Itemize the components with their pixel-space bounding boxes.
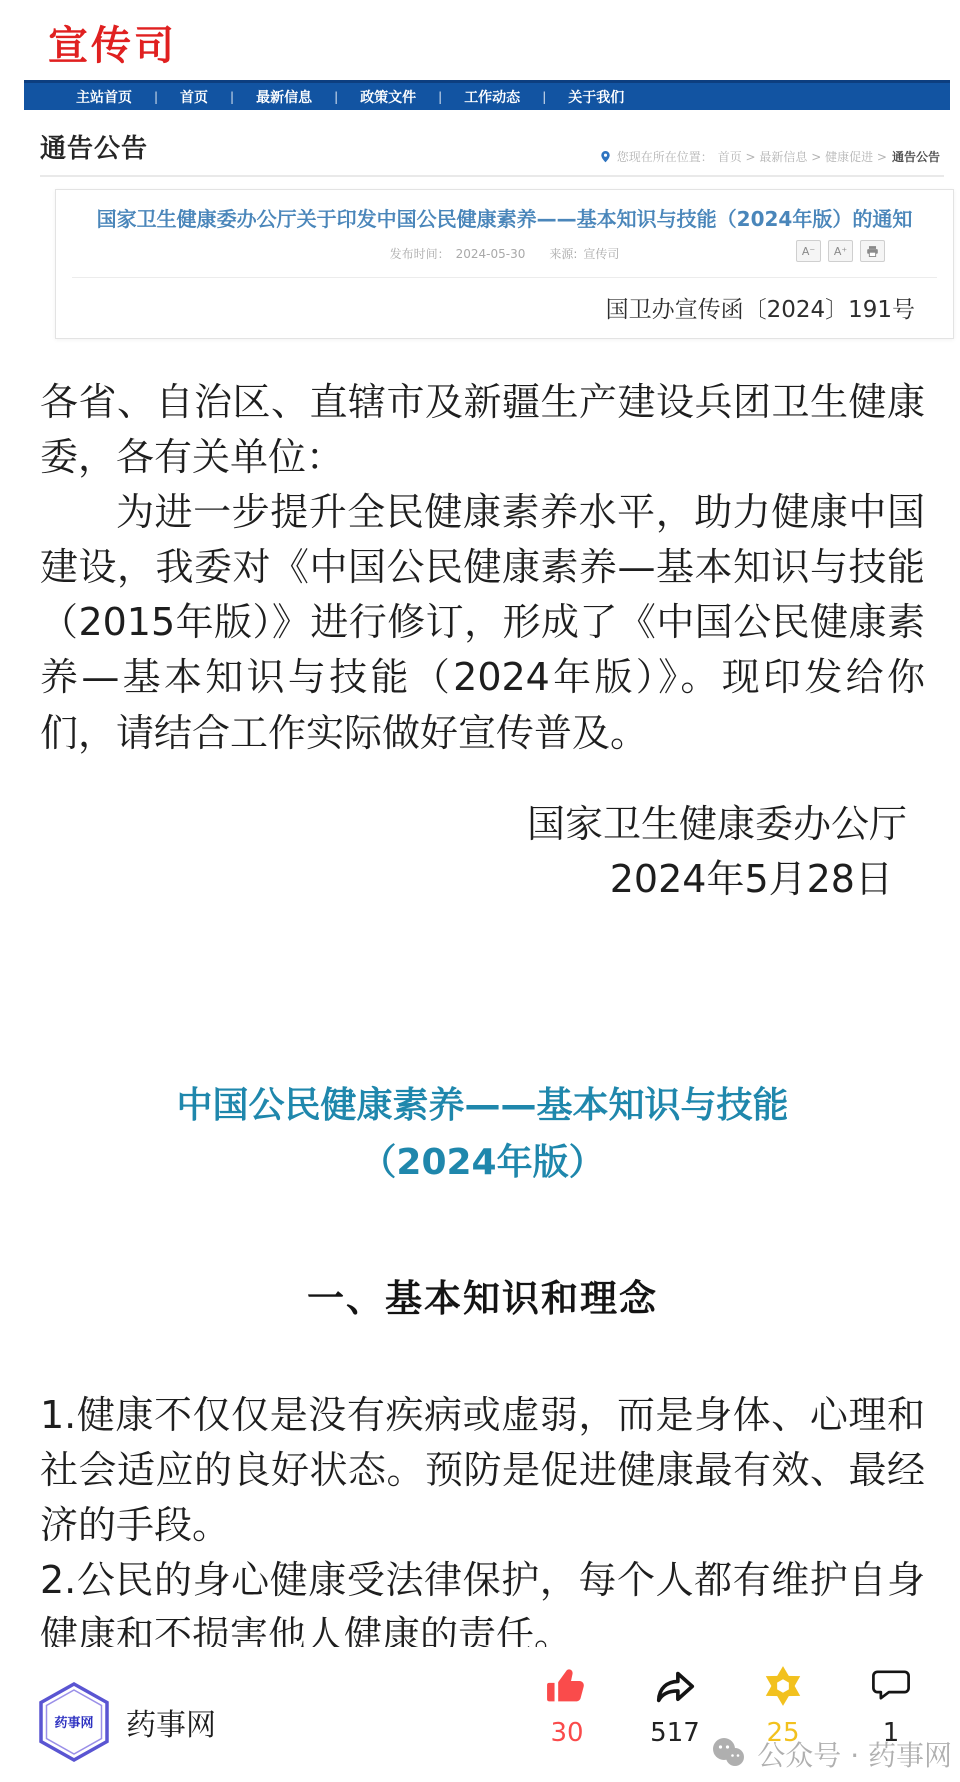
breadcrumb-path[interactable]: 首页 > 最新信息 > 健康促进 > <box>718 148 887 165</box>
nav-item-about-us[interactable]: 关于我们 <box>560 87 632 107</box>
font-increase-button[interactable]: A⁺ <box>828 240 853 262</box>
knowledge-item: 1.健康不仅仅是没有疾病或虚弱，而是身体、心理和社会适应的良好状态。预防是促进健… <box>40 1388 925 1553</box>
wow-button[interactable]: 25 <box>752 1663 814 1782</box>
thumbs-up-icon <box>544 1663 590 1709</box>
nav-item-home[interactable]: 首页 <box>172 87 216 107</box>
letter-body: 各省、自治区、直辖市及新疆生产建设兵团卫生健康委，各有关单位： 为进一步提升全民… <box>40 375 925 1663</box>
account-link[interactable]: 药事网 药事网 <box>36 1661 216 1782</box>
document-title-line1: 中国公民健康素养——基本知识与技能 <box>40 1077 925 1135</box>
notice-title: 国家卫生健康委办公厅关于印发中国公民健康素养——基本知识与技能（2024年版）的… <box>70 206 939 233</box>
location-pin-icon <box>599 149 612 164</box>
section-heading: 一、基本知识和理念 <box>40 1272 925 1326</box>
font-decrease-button[interactable]: A⁻ <box>796 240 821 262</box>
share-arrow-icon <box>652 1663 698 1709</box>
comment-count: 1 <box>883 1718 900 1748</box>
notice-meta: 发布时间：2024-05-30来源:宣传司 A⁻ A⁺ <box>56 245 953 262</box>
nav-item-main-home[interactable]: 主站首页 <box>68 87 140 107</box>
account-name: 药事网 <box>126 1700 216 1744</box>
footer-actions: 30 517 25 <box>536 1661 922 1782</box>
letter-date: 2024年5月28日 <box>40 852 925 907</box>
nav-separator: | <box>230 90 234 104</box>
nav-separator: | <box>334 90 338 104</box>
nav-item-work-updates[interactable]: 工作动态 <box>456 87 528 107</box>
wow-count: 25 <box>766 1718 799 1748</box>
site-logo: 宣传司 <box>48 14 960 71</box>
publish-date-label: 发布时间： <box>390 247 450 261</box>
nav-separator: | <box>438 90 442 104</box>
share-count: 517 <box>650 1718 700 1748</box>
nav-item-policy-documents[interactable]: 政策文件 <box>352 87 424 107</box>
breadcrumb-label: 您现在所在位置： <box>617 148 713 165</box>
notice-card: 国家卫生健康委办公厅关于印发中国公民健康素养——基本知识与技能（2024年版）的… <box>55 189 954 339</box>
share-button[interactable]: 517 <box>644 1663 706 1782</box>
letter-paragraph: 为进一步提升全民健康素养水平，助力健康中国建设，我委对《中国公民健康素养—基本知… <box>40 485 925 760</box>
nav-item-latest-news[interactable]: 最新信息 <box>248 87 320 107</box>
source-label: 来源: <box>549 247 577 261</box>
like-count: 30 <box>550 1718 583 1748</box>
print-button[interactable] <box>860 240 885 262</box>
page-section-title: 通告公告 <box>40 128 148 165</box>
article-tools: A⁻ A⁺ <box>796 240 885 262</box>
source-value: 宣传司 <box>583 247 619 261</box>
knowledge-items: 1.健康不仅仅是没有疾病或虚弱，而是身体、心理和社会适应的良好状态。预防是促进健… <box>40 1388 925 1663</box>
printer-icon <box>866 245 879 258</box>
logo-text: 药事网 <box>54 1715 93 1731</box>
document-title-line2: （2024年版） <box>40 1134 925 1192</box>
breadcrumb-bar: 通告公告 您现在所在位置： 首页 > 最新信息 > 健康促进 > 通告公告 <box>40 110 944 177</box>
letter-salutation: 各省、自治区、直辖市及新疆生产建设兵团卫生健康委，各有关单位： <box>40 375 925 485</box>
wow-flower-icon <box>760 1663 806 1709</box>
nav-separator: | <box>154 90 158 104</box>
breadcrumb[interactable]: 您现在所在位置： 首页 > 最新信息 > 健康促进 > 通告公告 <box>599 148 940 165</box>
pharma-net-logo-icon: 药事网 <box>36 1681 112 1763</box>
comment-bubble-icon <box>868 1663 914 1709</box>
publish-date: 2024-05-30 <box>456 247 526 261</box>
letter-signer: 国家卫生健康委办公厅 <box>40 797 925 852</box>
nav-separator: | <box>542 90 546 104</box>
wechat-footer: 药事网 药事网 30 517 <box>0 1647 960 1782</box>
masthead: 宣传司 <box>0 0 960 80</box>
comment-button[interactable]: 1 <box>860 1663 922 1782</box>
breadcrumb-current: 通告公告 <box>892 148 940 165</box>
doc-number: 国卫办宣传函〔2024〕191号 <box>56 278 953 334</box>
top-nav: 主站首页 | 首页 | 最新信息 | 政策文件 | 工作动态 | 关于我们 <box>24 80 950 110</box>
like-button[interactable]: 30 <box>536 1663 598 1782</box>
document-title: 中国公民健康素养——基本知识与技能 （2024年版） <box>40 1077 925 1192</box>
